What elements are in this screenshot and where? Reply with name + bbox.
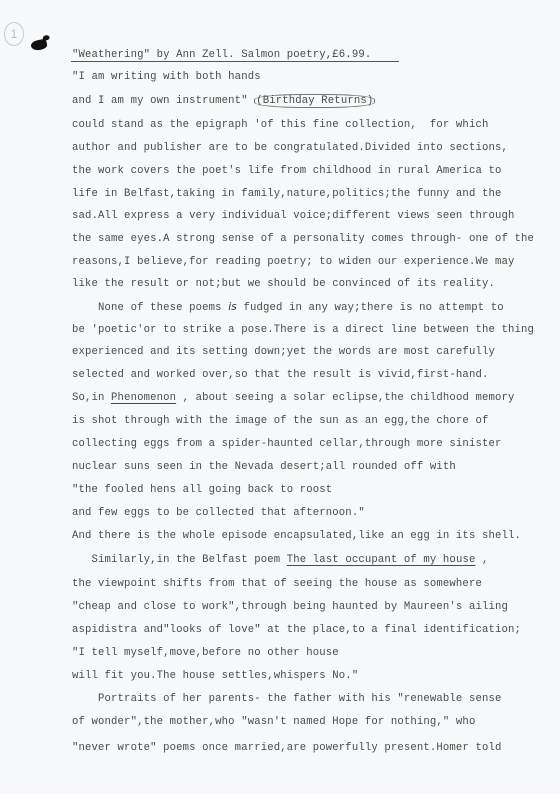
body-line: reasons,I believe,for reading poetry; to… (72, 255, 515, 269)
body-line: selected and worked over,so that the res… (72, 368, 488, 382)
ink-blot-mark (30, 38, 48, 51)
quote-line: and few eggs to be collected that aftern… (72, 506, 365, 520)
page-number-circle: 1 (4, 22, 24, 46)
body-line: be 'poetic'or to strike a pose.There is … (72, 323, 534, 337)
body-line: of wonder",the mother,who "wasn't named … (72, 715, 475, 729)
body-line: the same eyes.A strong sense of a person… (72, 232, 534, 246)
epigraph-source: (Birthday Returns) (254, 94, 375, 108)
body-line: like the result or not;but we should be … (72, 277, 495, 291)
review-title: "Weathering" by Ann Zell. Salmon poetry,… (72, 48, 371, 62)
body-line: "never wrote" poems once married,are pow… (72, 741, 501, 755)
epigraph-line-1: "I am writing with both hands (72, 70, 261, 84)
body-line: author and publisher are to be congratul… (72, 141, 508, 155)
body-line: life in Belfast,taking in family,nature,… (72, 187, 501, 201)
para3-first-line: Similarly,in the Belfast poem The last o… (72, 553, 488, 567)
typescript-page: 1 "Weathering" by Ann Zell. Salmon poetr… (0, 0, 560, 794)
body-line: is shot through with the image of the su… (72, 414, 488, 428)
epigraph-line-2: and I am my own instrument" (Birthday Re… (72, 94, 375, 108)
body-line: And there is the whole episode encapsula… (72, 529, 521, 543)
body-line: collecting eggs from a spider-haunted ce… (72, 437, 501, 451)
quote-line: "the fooled hens all going back to roost (72, 483, 332, 497)
body-line: Portraits of her parents- the father wit… (72, 692, 501, 706)
para2-first-line: None of these poems is fudged in any way… (72, 300, 504, 315)
body-line: "cheap and close to work",through being … (72, 600, 508, 614)
phenomenon-line: So,in Phenomenon , about seeing a solar … (72, 391, 515, 405)
epigraph-text: and I am my own instrument" (72, 95, 254, 107)
title-underline (71, 61, 399, 62)
poem-title-last-occupant: The last occupant of my house (287, 554, 476, 566)
body-line: the work covers the poet's life from chi… (72, 164, 501, 178)
quote-line: will fit you.The house settles,whispers … (72, 669, 358, 683)
quote-line: "I tell myself,move,before no other hous… (72, 646, 339, 660)
body-line: experienced and its setting down;yet the… (72, 345, 495, 359)
body-line: the viewpoint shifts from that of seeing… (72, 577, 482, 591)
body-line: nuclear suns seen in the Nevada desert;a… (72, 460, 456, 474)
handwritten-correction: is (228, 301, 237, 313)
body-line: sad.All express a very individual voice;… (72, 209, 515, 223)
poem-title-phenomenon: Phenomenon (111, 392, 176, 404)
body-line: could stand as the epigraph 'of this fin… (72, 118, 488, 132)
body-line: aspidistra and"looks of love" at the pla… (72, 623, 521, 637)
